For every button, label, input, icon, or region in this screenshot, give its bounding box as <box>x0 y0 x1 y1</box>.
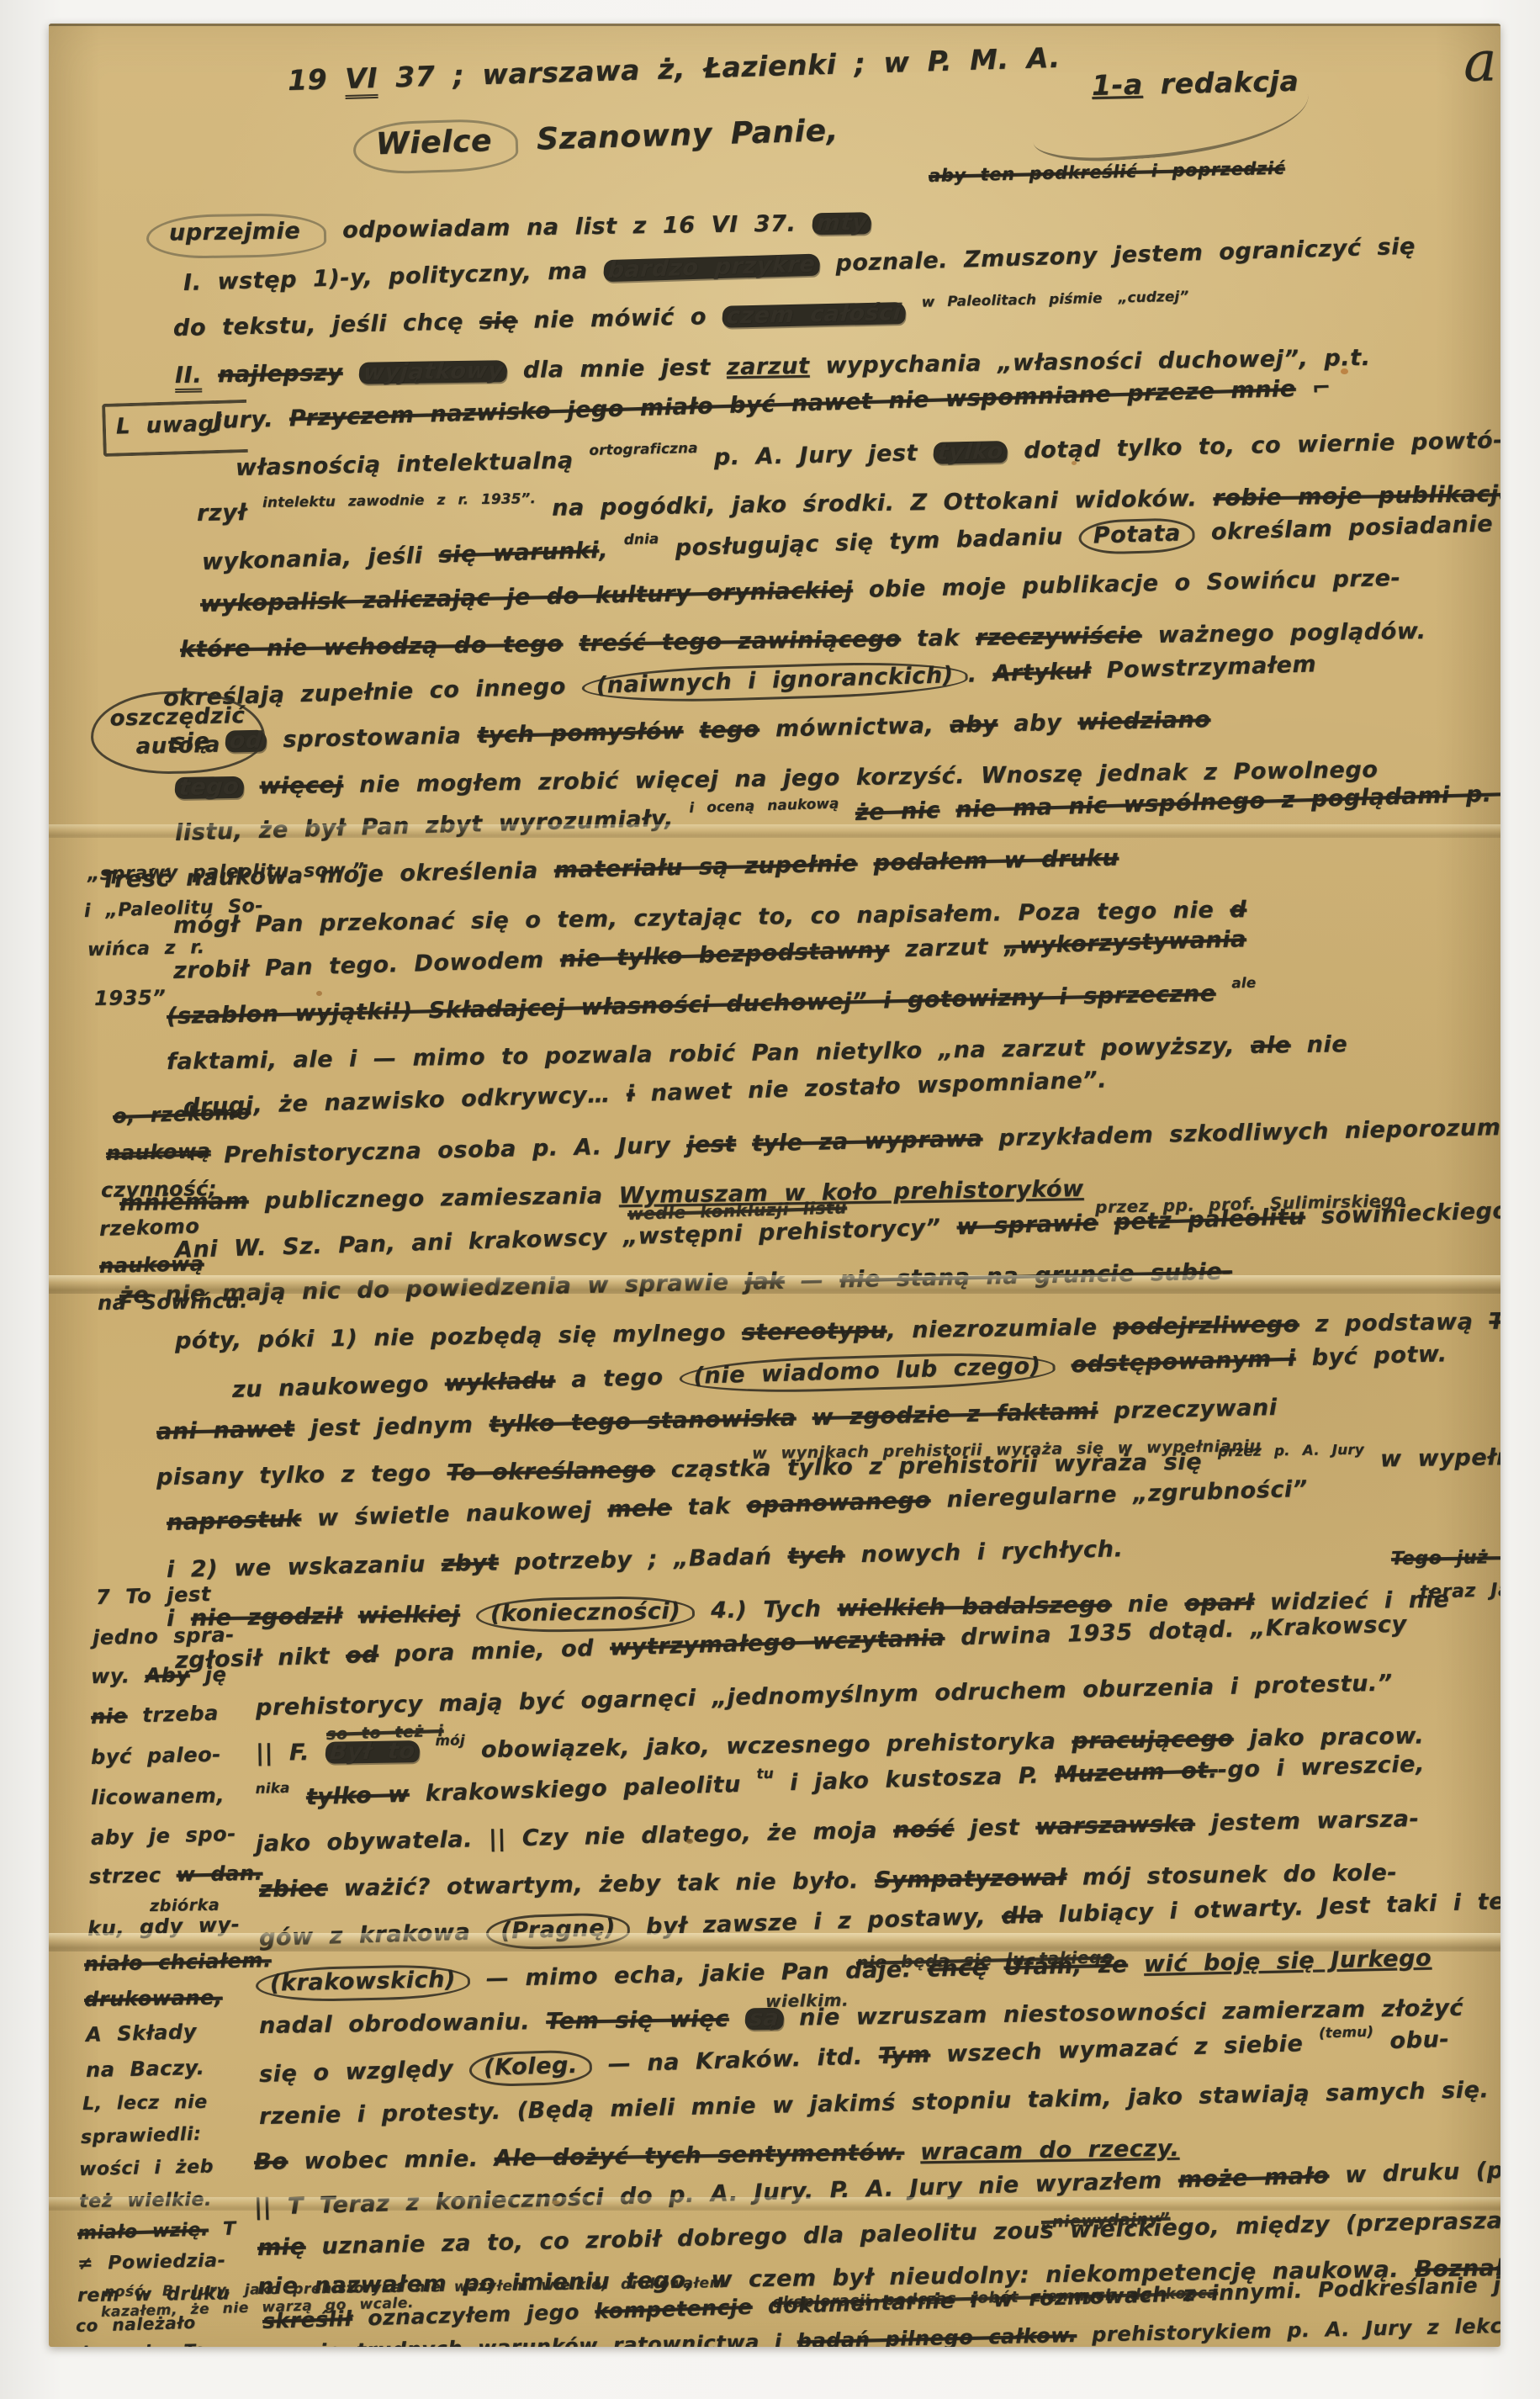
text-segment: (konieczności) <box>476 1596 696 1634</box>
text-segment: To stanowili <box>1489 1306 1500 1335</box>
text-segment: się o względy <box>258 2056 469 2088</box>
text-segment: może mało <box>1177 2163 1329 2193</box>
text-segment: bardzo przykre <box>603 254 821 282</box>
margin-note: na Baczy. <box>86 2057 205 2081</box>
margin-note: L, lecz nie <box>82 2093 208 2115</box>
text-segment: jedno spra- <box>93 1623 235 1650</box>
text-segment: rzekomo <box>99 1214 200 1241</box>
text-segment: zbyt <box>441 1549 499 1576</box>
text-segment: nie mówić o <box>517 304 722 334</box>
handwritten-line: mię uznanie za to, co zrobił dobrego dla… <box>257 2208 1500 2261</box>
text-segment: publicznego zamieszania <box>248 1183 618 1215</box>
struck-note: aby ten podkreślić i poprzedzić <box>929 159 1285 186</box>
text-segment: . <box>967 661 993 688</box>
text-segment: Wielce <box>352 118 519 174</box>
text-segment: Powstrzymałem <box>1090 651 1316 684</box>
margin-note: wy. Aby ję <box>91 1664 227 1688</box>
text-segment: dotąd tylko to, co wiernie powtó- <box>1008 427 1500 464</box>
text-segment: wszech wymazać z siebie <box>930 2031 1320 2068</box>
paper-fleck <box>1341 368 1348 374</box>
text-segment: nowych i rychłych. <box>844 1536 1123 1568</box>
text-segment <box>670 1132 687 1158</box>
text-segment: „wykorzystywania <box>1003 926 1246 960</box>
text-segment: wińca z r. <box>87 937 205 961</box>
text-segment: Aby <box>145 1663 190 1687</box>
text-segment: wielkich badalszego <box>837 1591 1112 1622</box>
text-segment: nie <box>1112 1591 1185 1618</box>
text-segment: jestem warsza- <box>1194 1806 1419 1837</box>
text-segment: drukowane, <box>84 1986 223 2011</box>
text-segment: posługując się tym badaniu <box>659 523 1079 562</box>
text-segment: na Baczy. <box>86 2056 205 2082</box>
text-segment: mój stosunek do kole- <box>1066 1860 1398 1891</box>
text-segment: i 2) we wskazaniu <box>167 1551 442 1583</box>
margin-note: wości i żeb <box>79 2158 214 2181</box>
text-segment: jest <box>954 1814 1036 1842</box>
text-segment: ale <box>1251 1032 1291 1059</box>
text-segment: ność <box>893 1816 955 1844</box>
text-segment: wyjątkowy <box>357 360 508 384</box>
manuscript-paper-sheet: 19 VI 37 ; warszawa ż, Łazienki ; w P. M… <box>49 24 1500 2347</box>
text-segment: zarzut <box>727 353 810 380</box>
text-segment: czem całości <box>722 302 907 327</box>
handwritten-line: mniemam publicznego zamieszania Wymuszam… <box>119 1177 1084 1216</box>
text-segment <box>289 1784 306 1811</box>
handwritten-line: prehistorycy mają być ogarnęci „jednomyś… <box>256 1671 1393 1721</box>
text-segment: podejrzliwego <box>1113 1311 1299 1340</box>
text-segment <box>341 1603 357 1629</box>
text-segment: dla mnie jest <box>507 354 727 384</box>
text-segment: odstępowanym i <box>1071 1345 1296 1378</box>
text-segment <box>202 362 218 388</box>
text-segment: wości i żeb <box>79 2157 214 2180</box>
text-segment <box>460 1602 476 1628</box>
margin-note: do mnie. To <box>76 2341 206 2347</box>
text-segment: uznanie za to, co zrobił dobrego dla pal… <box>305 2207 1500 2260</box>
text-segment: nieregularne „zgrubności” <box>930 1476 1308 1513</box>
paper-fleck <box>686 1839 693 1844</box>
text-segment: ≠ Powiedzia- <box>77 2250 226 2275</box>
text-segment: jako pracow. <box>1233 1723 1424 1751</box>
text-segment: ⌐ <box>1295 375 1331 402</box>
text-segment: (naiwnych i ignoranckich) <box>581 659 968 705</box>
text-segment: pracującego <box>1072 1726 1234 1755</box>
text-segment: L uwagi <box>115 411 222 440</box>
text-segment: oszczędzić autora <box>109 703 245 760</box>
text-segment: tych <box>787 1542 845 1569</box>
text-segment: tych pomysłów <box>477 718 684 749</box>
handwritten-line: że nie mają nic do powiedzenia w sprawie… <box>119 1259 1233 1309</box>
text-segment: naprostuk <box>167 1506 302 1536</box>
handwritten-line: drugi, że nazwisko odkrywcy… i nawet nie… <box>183 1067 1108 1120</box>
text-segment: mty <box>811 212 872 235</box>
text-segment: — <box>784 1267 839 1294</box>
handwritten-line: i 2) we wskazaniu zbyt potrzeby ; „Badań… <box>167 1537 1124 1582</box>
margin-note: sprawiedli: <box>81 2125 202 2148</box>
page-mark: a <box>1463 31 1497 93</box>
text-segment: Ani W. Sz. Pan, ani krakowscy „wstępni p… <box>175 1214 957 1263</box>
margin-note: L uwagi <box>102 400 248 457</box>
text-segment: Był to <box>325 1740 421 1763</box>
text-segment: tak <box>671 1493 747 1522</box>
text-segment: VI <box>345 61 378 99</box>
margin-note: licowanem, <box>91 1785 225 1809</box>
text-segment: miało wzię. <box>77 2219 209 2244</box>
text-segment: tylko w <box>305 1782 410 1811</box>
pen-swoosh-underline <box>1031 95 1312 167</box>
text-segment: L, lecz nie <box>82 2092 208 2115</box>
handwritten-line: jako obywatela. || Czy nie dlatego, że m… <box>256 1807 1420 1857</box>
text-segment: wypychania „własności duchowej”, p.t. <box>809 345 1370 379</box>
text-segment: był zawsze i z postawy, <box>629 1904 1002 1941</box>
handwritten-line: (szablon wyjątki!) Składajcej własności … <box>167 981 1257 1030</box>
margin-note: nie trzeba <box>91 1702 220 1728</box>
text-segment: do mnie. To <box>76 2340 206 2347</box>
text-segment: , niezrozumiale <box>886 1314 1114 1343</box>
handwritten-line: faktami, ale i — mimo to pozwala robić P… <box>167 1032 1348 1075</box>
text-segment: obie moje publikacje o Sowińcu prze- <box>853 565 1401 603</box>
text-segment: wykopalisk zaliczając je do kultury oryn… <box>200 577 854 617</box>
text-segment: do tekstu, jeśli chcę <box>173 309 480 342</box>
text-segment: strzec <box>89 1863 177 1888</box>
text-segment: robie moje publikacje <box>1213 481 1500 511</box>
margin-note: strzec w dan. <box>89 1862 263 1888</box>
text-segment: nawet nie zostało wspomniane”. <box>634 1067 1107 1107</box>
text-segment: — na Kraków. itd. <box>591 2043 879 2078</box>
text-segment: „niewydajny” <box>1041 2209 1171 2232</box>
margin-note: być paleo- <box>91 1744 221 1769</box>
margin-note: niało chciałem. <box>84 1949 272 1975</box>
text-segment: 1-a <box>1092 68 1144 102</box>
text-segment: zbiec <box>259 1876 328 1903</box>
text-segment: i jako kustosza P. <box>774 1762 1056 1797</box>
date-line: 19 VI 37 ; warszawa ż, Łazienki ; w P. M… <box>287 43 1061 97</box>
draft-note: 1-a redakcja <box>1092 66 1299 102</box>
text-segment: być potw. <box>1295 1341 1447 1371</box>
handwritten-line: Bo wobec mnie. Ale dożyć tych sentymentó… <box>254 2137 1180 2175</box>
text-segment: rzeczywiście <box>976 622 1142 651</box>
text-segment: czenie trudnych warunków ratownictwa i <box>266 2329 797 2347</box>
text-segment: trzeba <box>127 1702 219 1728</box>
text-segment: tu <box>756 1765 774 1782</box>
text-segment: mównictwa, <box>759 712 950 743</box>
margin-note: rzekomo <box>99 1215 200 1240</box>
text-segment: na Sowińcu. <box>98 1289 248 1315</box>
margin-note: na Sowińcu. <box>98 1290 248 1314</box>
text-segment: 19 <box>287 62 345 97</box>
text-segment: aby <box>998 709 1078 737</box>
text-segment: teraz Jan, że <box>1420 1578 1500 1603</box>
text-segment: treść tego zawiniącego <box>579 626 901 657</box>
text-segment: kompetencje <box>595 2295 753 2324</box>
text-segment: opanowanego <box>746 1487 931 1518</box>
text-segment: najlepszy <box>218 360 343 388</box>
text-segment: (temu) <box>1319 2023 1374 2042</box>
text-segment <box>419 1738 435 1764</box>
text-segment: I. wstęp 1)-y, polityczny, ma <box>183 257 605 296</box>
text-segment: zarzut <box>889 934 1005 963</box>
text-segment: sprostowania <box>267 723 477 753</box>
text-segment: stereotypu <box>742 1317 887 1346</box>
text-segment: T <box>208 2218 236 2240</box>
text-segment: wykonania, jeśli <box>201 543 438 575</box>
text-segment: materiału są zupełnie <box>553 850 857 883</box>
text-segment: To określanego <box>447 1457 655 1486</box>
margin-note: czynność; <box>101 1178 217 1201</box>
text-segment: w druku (proszę <box>1329 2155 1500 2189</box>
text-segment <box>796 1405 812 1431</box>
margin-note: 7 To jest <box>96 1583 212 1608</box>
text-segment <box>1055 1352 1072 1379</box>
text-segment: nie tylko bezpodstawny <box>559 937 889 973</box>
text-segment: i oceną naukową <box>689 795 839 816</box>
text-segment: aby je spo- <box>91 1822 237 1850</box>
text-segment <box>839 800 855 827</box>
text-segment: tylko tego stanowiska <box>489 1405 796 1438</box>
text-segment: Potata <box>1078 517 1195 555</box>
text-segment: ortograficzna <box>589 439 698 458</box>
text-segment: badań pilnego całkow. <box>796 2323 1077 2347</box>
text-segment: naukową <box>99 1252 204 1278</box>
text-segment: wiedziano <box>1077 707 1211 735</box>
text-segment: aby ten podkreślić i poprzedzić <box>929 158 1285 186</box>
margin-note: zbiórka <box>150 1897 220 1915</box>
text-segment: obu- <box>1373 2026 1450 2055</box>
margin-note: drukowane, <box>84 1987 223 2011</box>
text-segment: nadal obrodowaniu. <box>259 2009 547 2039</box>
text-segment: jest jednym <box>294 1411 490 1442</box>
salutation: Wielce Szanowny Panie, <box>352 109 839 175</box>
text-segment: || T Teraz z konieczności do p. A. Jury.… <box>254 2167 1179 2221</box>
text-segment <box>243 774 259 800</box>
text-segment: poznale. Zmuszony jestem ograniczyć się <box>819 234 1416 278</box>
text-segment: że nic <box>855 797 939 826</box>
margin-note: Tego już nie <box>1391 1547 1500 1570</box>
text-segment: niało chciałem. <box>84 1948 272 1976</box>
margin-note: wińca z r. <box>87 938 205 961</box>
text-segment: zrobił Pan tego. Dowodem <box>173 946 561 984</box>
text-segment: Prehistoryczna osoba p. A. Jury <box>224 1132 671 1168</box>
text-segment: Ale dożyć tych sentymentów. <box>494 2140 904 2172</box>
text-segment: a <box>1463 29 1497 94</box>
margin-note: 1935” <box>94 987 167 1010</box>
text-segment: jako obywatela. || Czy nie dlatego, że m… <box>256 1817 894 1857</box>
text-segment: uprzejmie <box>146 213 327 259</box>
text-segment: ale <box>1231 974 1256 992</box>
text-segment <box>1128 1952 1145 1978</box>
text-segment: ję <box>189 1663 226 1687</box>
text-segment: wracam do rzeczy. <box>920 2136 1180 2166</box>
text-segment: przykładem szkodliwych nieporozumień i <box>982 1113 1500 1152</box>
text-segment: prehistorykiem p. A. Jury z lekceważenie… <box>1077 2311 1500 2347</box>
text-segment: podałem w druku <box>873 845 1119 876</box>
margin-note: też wielkie. <box>79 2190 212 2213</box>
text-segment: Tem się więc <box>546 2006 729 2035</box>
margin-note: A Składy <box>86 2020 198 2046</box>
text-segment: określam posiadanie <box>1194 511 1493 545</box>
text-segment: krakowskiego paleolitu <box>409 1771 757 1807</box>
text-segment: być paleo- <box>91 1743 221 1769</box>
text-segment: oparł <box>1184 1590 1254 1617</box>
margin-note: naukową <box>106 1140 211 1164</box>
text-segment: tego <box>699 717 759 744</box>
text-segment: II. <box>175 363 203 393</box>
text-segment: się <box>479 308 518 335</box>
text-segment <box>683 718 700 744</box>
paper-fleck <box>552 2200 560 2205</box>
text-segment: gów z krakowa <box>258 1919 486 1952</box>
text-segment: warszawska <box>1035 1811 1195 1840</box>
text-segment: potrzeby ; „Badań <box>498 1544 787 1576</box>
text-segment <box>728 2005 744 2031</box>
handwritten-line: własnością intelektualną ortograficzna p… <box>235 428 1500 481</box>
text-segment <box>904 2139 920 2165</box>
text-segment: A Składy <box>86 2020 198 2047</box>
handwritten-line: do tekstu, jeśli chcę się nie mówić o cz… <box>173 294 1189 342</box>
text-segment: p. A. Jury jest <box>698 440 934 471</box>
text-segment: na pogódki, jako środki. Z Ottokani wido… <box>536 485 1214 522</box>
text-segment: tak <box>901 625 976 652</box>
text-segment: w sprawie <box>956 1210 1098 1240</box>
interline-insert: „niewydajny” <box>1041 2210 1171 2231</box>
scanner-background: { "meta": { "description": "Scan of a he… <box>0 0 1540 2399</box>
text-segment: licowanem, <box>91 1784 225 1809</box>
text-segment: 1935” <box>94 986 167 1010</box>
text-segment: wić boję się Jurkego <box>1144 1945 1432 1977</box>
text-segment: czynność; <box>101 1177 217 1202</box>
text-segment: rzył <box>197 500 263 527</box>
text-segment: pora mnie, od <box>378 1635 611 1668</box>
text-segment: ku, gdy wy- <box>87 1913 241 1941</box>
margin-note: ≠ Powiedzia- <box>77 2251 226 2275</box>
text-segment: nie <box>91 1704 128 1729</box>
interline-insert: so to też i <box>326 1723 444 1744</box>
text-segment: ważnego poglądów. <box>1141 618 1426 649</box>
text-segment: mię <box>257 2234 306 2261</box>
text-segment: wielkim. <box>765 1990 849 2011</box>
text-segment: zbiórka <box>150 1896 220 1915</box>
paper-fleck <box>1072 461 1077 465</box>
text-segment: so to też i <box>326 1722 444 1744</box>
text-segment <box>1215 980 1232 1006</box>
text-segment: Muzeum ot. <box>1055 1757 1218 1788</box>
text-segment: (szablon wyjątki!) Składajcej własności … <box>167 981 1216 1030</box>
margin-note: „sprawy paleolitu sow.” <box>87 861 365 885</box>
text-segment: z podstawą <box>1299 1309 1490 1337</box>
text-segment: aby <box>950 712 998 739</box>
margin-note: ku, gdy wy- <box>87 1914 241 1941</box>
text-segment: Artykuł <box>992 658 1091 686</box>
text-segment: redakcja <box>1142 65 1299 101</box>
text-segment: 4.) Tych <box>695 1596 838 1624</box>
text-segment: lubiący i otwarty. Jest taki i teraz <box>1042 1888 1500 1929</box>
margin-note: miało wzię. T <box>77 2219 236 2244</box>
text-segment: listu, że był Pan zbyt wyrozumiały, <box>175 805 691 846</box>
text-segment <box>563 631 579 657</box>
text-segment: nika <box>255 1779 289 1797</box>
text-segment: też wielkie. <box>79 2190 212 2212</box>
margin-note: jedno spra- <box>93 1623 235 1649</box>
margin-note: aby je spo- <box>91 1823 236 1850</box>
text-segment: w Paleolitach piśmie <box>921 289 1102 310</box>
text-segment: więcej <box>259 772 343 799</box>
text-segment: intelektu zawodnie z r. 1935”. <box>262 490 536 511</box>
margin-note: o, rzekomo <box>113 1101 251 1127</box>
text-segment: wielkiej <box>357 1602 460 1629</box>
text-segment: ani nawet <box>156 1416 295 1445</box>
handwritten-line: się od sprostowania tych pomysłów tego m… <box>172 707 1211 755</box>
text-segment: przeczywani <box>1098 1395 1278 1425</box>
text-segment: nie <box>1290 1031 1347 1058</box>
text-segment: (nie wiadomo lub czego) <box>679 1350 1056 1395</box>
text-segment: jak <box>744 1268 785 1295</box>
text-segment: (Pragnę) <box>486 1912 631 1951</box>
text-segment: w zgodzie z faktami <box>812 1399 1098 1431</box>
text-segment: Tego już nie <box>1391 1546 1500 1570</box>
text-segment: d <box>1230 897 1246 923</box>
text-segment: dnia <box>623 530 659 548</box>
text-segment: wy. <box>91 1664 146 1688</box>
text-segment: naukową <box>106 1139 211 1165</box>
text-segment: się warunki <box>438 538 600 569</box>
text-segment: sprawiedli: <box>81 2124 202 2148</box>
text-segment: Bo <box>254 2148 288 2175</box>
margin-note: teraz Jan, że <box>1420 1579 1500 1604</box>
text-segment: Sympatyzował <box>875 1865 1066 1893</box>
text-segment <box>939 797 956 823</box>
text-segment: tego <box>174 776 245 799</box>
text-segment: które nie wchodzą do tego <box>180 631 564 663</box>
text-segment: 7 To jest <box>96 1582 212 1609</box>
text-segment: Tym <box>878 2042 930 2069</box>
text-segment: ważić? otwartym, żeby tak nie było. <box>327 1867 875 1902</box>
margin-note: naukową <box>99 1252 204 1277</box>
text-segment: Szanowny Panie, <box>517 114 839 157</box>
text-segment <box>342 360 358 386</box>
handwritten-line: ⌐ Prehistoryczna osoba p. A. Jury jest t… <box>188 1112 1500 1168</box>
text-segment: własnością intelektualną <box>235 447 590 481</box>
text-segment: tyle za wyprawa <box>752 1125 983 1157</box>
text-segment: jest <box>686 1131 737 1158</box>
text-segment: a tego <box>555 1364 680 1393</box>
text-segment: nie staną na gruncie subie- <box>839 1258 1232 1293</box>
text-segment: póty, póki 1) nie pozbędą się mylnego <box>175 1320 742 1354</box>
text-segment: 37 ; warszawa ż, Łazienki ; w P. M. A. <box>378 41 1061 94</box>
text-segment: od <box>346 1642 379 1669</box>
text-segment: wykładu <box>444 1368 555 1397</box>
text-segment: obowiązek, jako, wczesnego prehistoryka <box>465 1729 1072 1764</box>
interline-insert: wielkim. <box>765 1991 849 2010</box>
text-segment <box>906 299 923 326</box>
text-segment: o, rzekomo <box>113 1100 251 1128</box>
text-segment <box>857 850 874 876</box>
text-segment: wytrzymałego wczytania <box>610 1625 945 1661</box>
text-segment: dla <box>1001 1902 1043 1929</box>
text-segment <box>736 1131 753 1157</box>
text-segment: (krakowskich) <box>256 1963 471 2002</box>
text-segment: (Koleg. <box>469 2049 593 2087</box>
text-segment: -go i wreszcie, <box>1217 1751 1425 1783</box>
text-segment: , <box>599 537 625 564</box>
text-segment <box>1102 294 1119 320</box>
handwritten-line: uprzejmie odpowiadam na list z 16 VI 37.… <box>146 204 872 258</box>
text-segment: w wypełnianiu <box>1364 1443 1500 1473</box>
text-segment: w świetle naukowej <box>301 1496 608 1532</box>
text-segment: || F. <box>256 1740 325 1766</box>
text-segment: wobec mnie. <box>288 2146 495 2175</box>
text-segment: tylko <box>933 441 1008 464</box>
text-segment: „sprawy paleolitu sow.” <box>87 860 365 885</box>
